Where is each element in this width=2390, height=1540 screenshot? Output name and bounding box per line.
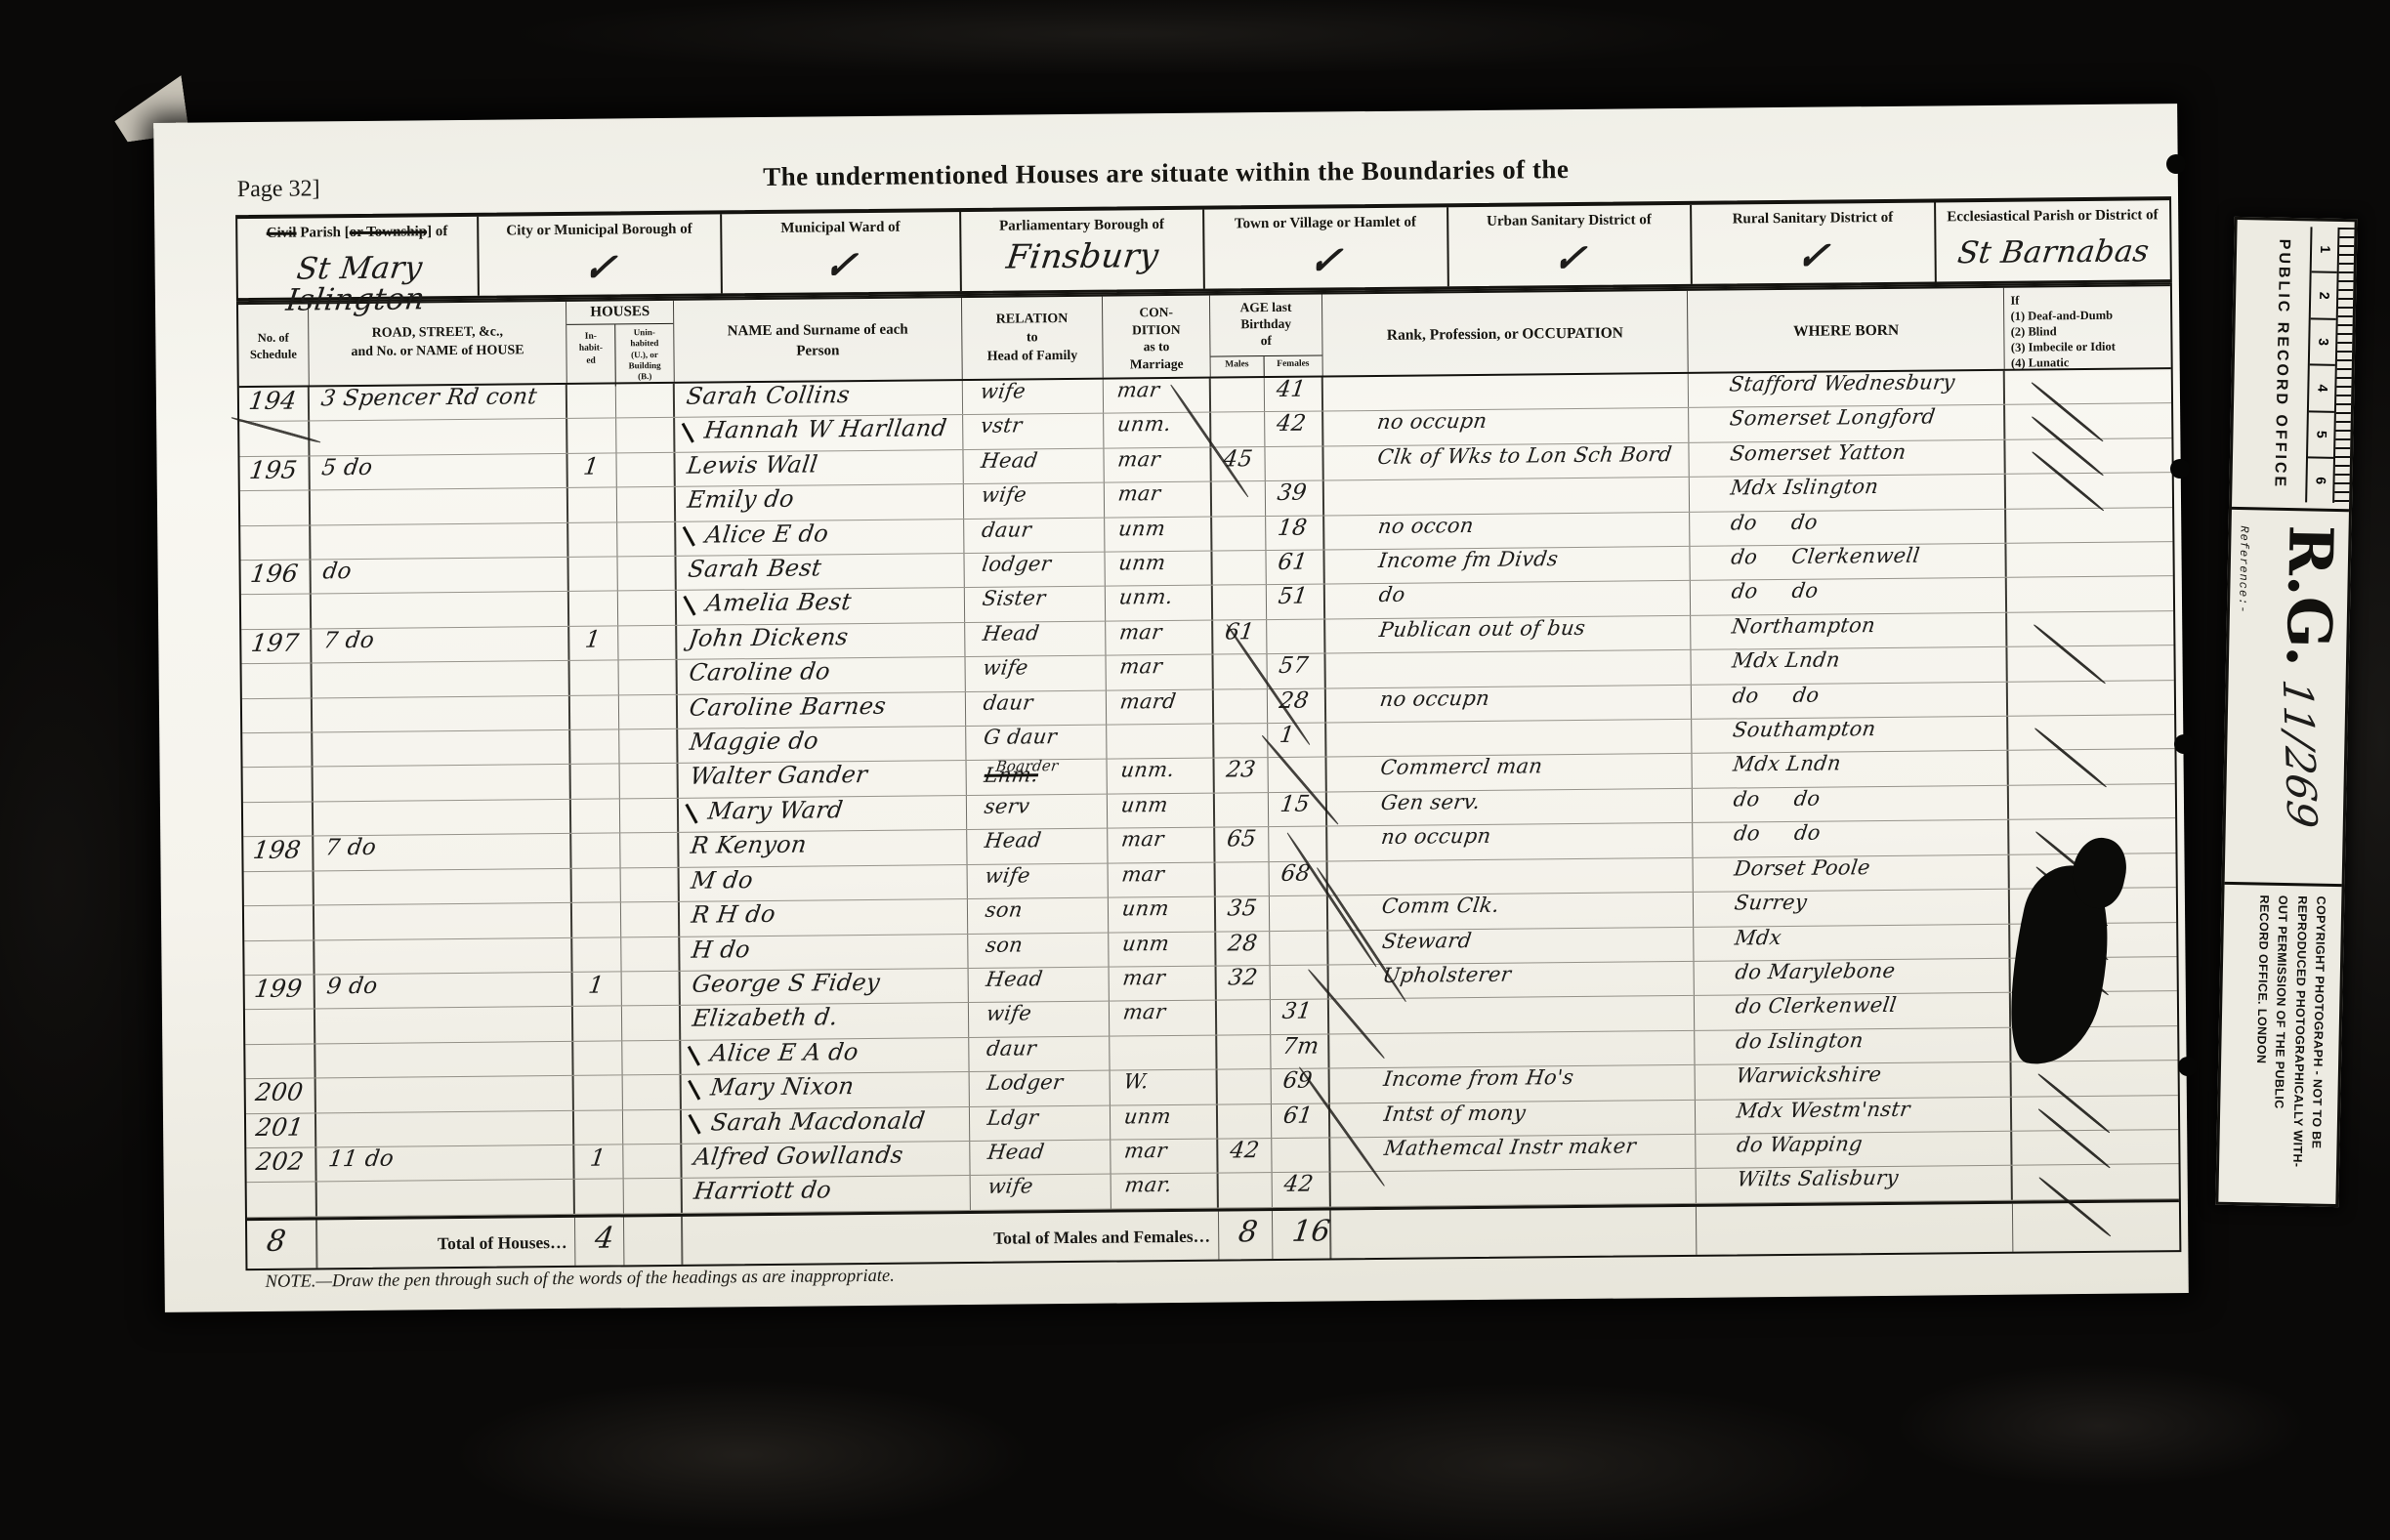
cell-uninhab <box>620 764 679 798</box>
cell-inhab <box>570 661 619 695</box>
cell-agem <box>1214 724 1268 758</box>
census-page: Page 32] The undermentioned Houses are s… <box>153 104 2189 1312</box>
cell-agem <box>1218 1104 1272 1139</box>
cell-occ: Commercl man <box>1326 754 1693 791</box>
page-title: The undermentioned Houses are situate wi… <box>154 148 2178 198</box>
cell-rel: G daur <box>966 726 1108 761</box>
cell-inhab <box>571 729 620 764</box>
cell-agem <box>1212 517 1266 551</box>
cell-sched: 202 <box>246 1147 316 1182</box>
cell-rel: serv <box>966 795 1108 830</box>
cell-inf <box>2009 750 2175 785</box>
cell-cond: mar <box>1110 966 1217 1000</box>
cell-name: Alfred Gowllands <box>682 1142 970 1178</box>
district-label: Civil Parish [or Township] of <box>237 217 477 243</box>
cell-inhab: 1 <box>568 453 617 487</box>
cell-cond: mar <box>1111 1139 1218 1173</box>
cell-agem <box>1216 862 1270 896</box>
cell-sched <box>244 906 314 940</box>
cell-cond: unm. <box>1106 586 1213 620</box>
pen-mark <box>682 423 694 443</box>
cell-cond: unm <box>1106 552 1213 586</box>
cell-cond: unm <box>1109 897 1216 932</box>
cell-sched <box>243 768 314 802</box>
cell-name: John Dickens <box>677 623 965 659</box>
cell-sched <box>243 802 314 836</box>
district-box: Ecclesiastical Parish or District ofSt B… <box>1936 200 2170 281</box>
col-header-age: AGE last Birthday of Males Females <box>1210 294 1323 376</box>
cell-cond: mar <box>1109 862 1216 896</box>
cell-name: Amelia Best <box>677 588 965 624</box>
col-header-males: Males <box>1211 356 1265 377</box>
cell-uninhab <box>623 1075 682 1109</box>
cell-occ: Gen serv. <box>1327 789 1694 826</box>
cell-agef: 18 <box>1266 516 1324 550</box>
cell-rel: wife <box>963 483 1105 519</box>
district-label: Parliamentary Borough of <box>961 210 1203 236</box>
cell-sched: 196 <box>241 560 312 594</box>
cell-cond: unm <box>1111 1104 1218 1139</box>
cell-inhab <box>571 799 620 833</box>
punch-hole <box>2166 154 2186 174</box>
pen-mark <box>688 1080 700 1101</box>
ruler-number: 5 <box>2308 412 2334 459</box>
cell-road <box>311 523 569 560</box>
cell-agef: 42 <box>1272 1173 1330 1207</box>
cell-occ: no occupn <box>1323 408 1690 445</box>
cell-occ <box>1324 478 1691 515</box>
cell-born: Stafford Wednesbury <box>1689 371 2006 408</box>
cell-occ: Publican out of bus <box>1325 616 1692 653</box>
cell-cond: mar <box>1105 482 1212 517</box>
cell-agem: 61 <box>1213 620 1267 654</box>
cell-uninhab <box>618 557 677 591</box>
cell-name: Hannah W Harlland <box>675 415 963 451</box>
cell-uninhab <box>618 591 677 625</box>
cell-agem: 65 <box>1215 827 1269 861</box>
cell-inf <box>2012 1096 2178 1131</box>
cell-sched <box>242 733 313 768</box>
cell-cond: mar. <box>1111 1174 1219 1208</box>
cell-agef: 31 <box>1271 1000 1329 1034</box>
total-males-females-label: Total of Males and Females… <box>683 1211 1219 1264</box>
total-schedule: 8 <box>247 1220 317 1269</box>
cell-inf <box>2007 611 2173 646</box>
cell-uninhab <box>624 1145 683 1179</box>
cell-name: Maggie do <box>678 727 966 763</box>
cell-inhab: 1 <box>575 1145 624 1179</box>
cell-sched <box>245 1044 315 1078</box>
cell-rel: lodger <box>964 553 1106 588</box>
cell-agef <box>1270 931 1328 965</box>
check-mark: ✓ <box>1690 231 1938 279</box>
cell-name: Emily do <box>676 484 964 520</box>
total-males-value: 8 <box>1219 1211 1273 1260</box>
cell-agef: 7m <box>1271 1034 1329 1068</box>
cell-uninhab <box>620 799 679 833</box>
col-header-females: Females <box>1264 356 1322 377</box>
cell-road: 9 do <box>314 973 573 1009</box>
ruler-number: 1 <box>2312 227 2338 273</box>
cell-road <box>314 800 572 836</box>
cell-cond: unm. <box>1108 759 1215 793</box>
cell-born: Dorset Poole <box>1693 854 2010 892</box>
cell-inhab <box>573 937 622 972</box>
ruler-numbers: 123456 <box>2305 227 2337 503</box>
cell-road: 11 do <box>316 1145 575 1182</box>
cell-name: Sarah Collins <box>675 381 963 417</box>
cell-born: do do <box>1692 682 2009 719</box>
cell-name: R H do <box>680 899 968 936</box>
cell-sched <box>242 664 313 698</box>
cell-uninhab <box>617 487 676 521</box>
cell-name: Walter Gander <box>679 761 967 797</box>
cell-inf <box>2006 438 2172 474</box>
cell-agef: 39 <box>1266 481 1324 516</box>
cell-uninhab <box>616 418 675 452</box>
census-table: No. of Schedule ROAD, STREET, &c., and N… <box>236 282 2181 1270</box>
pro-office-label: PUBLIC RECORD OFFICE <box>2270 221 2293 508</box>
cell-agef <box>1265 446 1323 480</box>
cell-inf <box>2008 715 2174 750</box>
cell-cond: unm <box>1108 793 1215 827</box>
photo-background: Page 32] The undermentioned Houses are s… <box>0 0 2390 1540</box>
cell-born: Warwickshire <box>1696 1062 2013 1100</box>
cell-agem <box>1217 1035 1271 1069</box>
cell-inf <box>2012 1061 2178 1096</box>
cell-inf <box>2013 1164 2179 1199</box>
cell-cond: mar <box>1108 828 1215 862</box>
total-houses-value: 4 <box>575 1217 624 1265</box>
cell-born: Mdx Lndn <box>1691 647 2008 685</box>
cell-sched <box>244 871 314 905</box>
cell-occ <box>1329 1031 1696 1068</box>
cell-rel: wife <box>965 656 1107 691</box>
punch-hole <box>2170 459 2190 479</box>
cell-agem <box>1214 689 1268 724</box>
district-value: St Barnabas <box>1934 235 2172 270</box>
cell-agef: 41 <box>1265 377 1323 411</box>
cell-name: Mary Nixon <box>682 1072 970 1108</box>
cell-rel: Sister <box>964 587 1106 622</box>
cell-name: Elizabeth d. <box>681 1003 969 1039</box>
cell-agem <box>1211 378 1265 412</box>
cell-road: 7 do <box>314 834 572 870</box>
cell-rel: daur <box>969 1036 1111 1071</box>
cell-uninhab <box>620 833 679 867</box>
cell-rel: daur <box>965 690 1107 726</box>
cell-agem <box>1213 585 1267 619</box>
cell-sched <box>239 422 310 456</box>
cell-road: 7 do <box>312 627 570 663</box>
cell-sched: 201 <box>246 1113 316 1147</box>
total-born-blank <box>1697 1203 2014 1254</box>
cell-name: Caroline Barnes <box>678 692 966 728</box>
pen-mark <box>683 526 695 547</box>
cell-rel: wife <box>967 863 1109 898</box>
cell-inhab <box>572 834 621 868</box>
cell-inf <box>2005 369 2171 404</box>
cell-occ <box>1327 858 1694 895</box>
col-header-condition: CON- DITION as to Marriage <box>1103 296 1211 378</box>
cell-sched <box>240 491 311 525</box>
cell-uninhab <box>619 729 678 764</box>
cell-born: do do <box>1690 509 2007 546</box>
cell-inhab <box>573 1007 622 1041</box>
pen-mark <box>686 804 698 824</box>
cell-road <box>310 419 568 455</box>
cell-inf <box>2008 681 2174 716</box>
cell-born: do Wapping <box>1696 1132 2013 1169</box>
cell-uninhab <box>618 626 677 660</box>
cell-rel: Head <box>970 1141 1111 1176</box>
cell-inhab <box>568 522 617 557</box>
cell-name: Sarah Macdonald <box>682 1107 970 1144</box>
cell-rel: daur <box>964 518 1106 553</box>
cell-born: Northampton <box>1691 613 2008 650</box>
cell-cond: unm <box>1105 517 1212 551</box>
copyright-notice: COPYRIGHT PHOTOGRAPH - NOT TO BE REPRODU… <box>2218 882 2341 1204</box>
series-label: R.G. <box>2273 524 2347 668</box>
pen-mark <box>684 596 696 616</box>
table-body: 1943 Spencer Rd contSarah Collinswifemar… <box>239 369 2179 1218</box>
cell-occ: Income from Ho's <box>1329 1065 1696 1103</box>
cell-born: do do <box>1693 820 2010 857</box>
cell-sched: 200 <box>246 1079 316 1113</box>
cell-inf <box>2006 473 2172 508</box>
cell-rel: Ldgr <box>969 1105 1111 1141</box>
cell-road <box>315 1007 574 1043</box>
col-header-inhabited: In- habit- ed <box>566 324 615 386</box>
punch-hole <box>2178 1057 2198 1076</box>
cell-inf <box>2008 645 2174 681</box>
district-label: City or Municipal Borough of <box>479 214 721 240</box>
cell-uninhab <box>619 660 678 694</box>
cell-sched: 195 <box>239 456 310 490</box>
cell-inf <box>2013 1130 2179 1165</box>
district-label: Municipal Ward of <box>722 212 959 238</box>
cell-sched <box>247 1183 317 1217</box>
cell-inhab: 1 <box>570 626 619 660</box>
cell-agef: 57 <box>1267 654 1325 688</box>
cell-road <box>314 869 572 905</box>
cell-road <box>316 1110 575 1146</box>
cell-agem <box>1219 1173 1273 1207</box>
ruler-number: 6 <box>2307 458 2333 503</box>
cell-inf <box>2005 404 2171 439</box>
total-occupation-blank <box>1331 1207 1698 1259</box>
cell-sched <box>241 595 312 629</box>
col-header-relation: RELATION to Head of Family <box>962 297 1104 379</box>
cell-agef <box>1269 827 1327 861</box>
cell-road <box>314 903 573 939</box>
check-mark: ✓ <box>1202 236 1450 284</box>
cell-occ: Comm Clk. <box>1328 893 1695 930</box>
cell-inhab <box>567 384 616 418</box>
cell-agef <box>1270 896 1328 931</box>
cell-inhab <box>572 868 621 902</box>
cell-inhab <box>569 557 618 591</box>
cell-uninhab <box>619 695 678 729</box>
cell-name: Lewis Wall <box>676 450 964 486</box>
district-box: Civil Parish [or Township] ofSt Mary Isl… <box>237 217 479 298</box>
cell-inhab <box>569 592 618 626</box>
col-header-houses: HOUSES In- habit- ed Unin- habited (U.),… <box>566 301 675 383</box>
cell-road <box>315 1042 574 1078</box>
cell-agem: 42 <box>1218 1139 1272 1173</box>
cell-uninhab <box>622 1006 681 1040</box>
cell-uninhab <box>617 453 676 487</box>
cell-rel: son <box>967 898 1109 934</box>
check-mark: ✓ <box>1446 234 1694 282</box>
cell-born: Mdx Westm'nstr <box>1696 1097 2013 1134</box>
cell-agem <box>1212 551 1266 585</box>
cell-agem: 28 <box>1216 932 1270 966</box>
cell-born: Surrey <box>1694 890 2011 927</box>
cell-sched <box>245 1010 315 1044</box>
cell-inhab <box>568 488 617 522</box>
district-box: Parliamentary Borough ofFinsbury <box>961 210 1205 291</box>
cell-inhab <box>570 695 619 729</box>
cell-rel: Head <box>968 968 1110 1003</box>
cell-inhab: 1 <box>573 972 622 1006</box>
ruler-number: 2 <box>2311 273 2337 320</box>
cell-uninhab <box>621 902 680 936</box>
col-header-infirmity: If (1) Deaf-and-Dumb (2) Blind (3) Imbec… <box>2004 286 2170 369</box>
col-header-occupation: Rank, Profession, or OCCUPATION <box>1322 291 1689 376</box>
col-header-name: NAME and Surname of each Person <box>674 298 962 382</box>
cell-name: Harriott do <box>683 1176 971 1212</box>
cell-uninhab <box>617 521 676 556</box>
cell-inhab <box>574 1041 623 1075</box>
cell-rel: Head <box>963 448 1105 483</box>
cell-born: Somerset Yatton <box>1689 440 2006 478</box>
cell-born: Somerset Longford <box>1689 405 2006 442</box>
cell-born: do Islington <box>1695 1027 2012 1064</box>
reference-section: R.G. 11/269 Reference:- <box>2225 507 2349 884</box>
cell-agem <box>1211 412 1265 446</box>
col-header-where-born: WHERE BORN <box>1688 288 2005 372</box>
cell-born: do do <box>1693 786 2010 823</box>
cell-occ: Steward <box>1328 927 1695 964</box>
piece-number: 11/269 <box>2274 677 2327 831</box>
cell-rel: Head <box>965 621 1107 656</box>
cell-cond: mar <box>1104 379 1211 413</box>
cell-inhab <box>571 765 620 799</box>
cell-cond: mar <box>1107 655 1214 689</box>
cell-road <box>312 592 570 628</box>
cell-road <box>314 937 573 974</box>
cell-name: Alice E do <box>676 520 964 556</box>
cell-sched <box>244 940 314 975</box>
cell-sched: 198 <box>243 837 314 871</box>
reference-label: Reference:- <box>2236 525 2251 613</box>
cell-road <box>312 661 570 697</box>
cell-occ: Clk of Wks to Lon Sch Bord <box>1323 443 1690 480</box>
district-value: Finsbury <box>959 239 1205 276</box>
cell-inf <box>2009 784 2175 819</box>
cell-uninhab <box>622 972 681 1006</box>
cell-uninhab <box>621 936 680 971</box>
cell-rel: wife <box>968 1002 1110 1037</box>
cell-occ <box>1323 374 1690 411</box>
cell-name: Caroline do <box>678 657 966 693</box>
cell-occ <box>1329 996 1696 1033</box>
pro-reference-strip: 123456 PUBLIC RECORD OFFICE R.G. 11/269 … <box>2215 217 2357 1207</box>
cell-rel: Lodger <box>969 1071 1111 1106</box>
cell-rel: wife <box>962 380 1104 415</box>
cell-sched <box>240 525 311 560</box>
total-uninhabited <box>624 1217 683 1266</box>
cell-inf <box>2007 542 2173 577</box>
cell-uninhab <box>621 868 680 902</box>
cell-agem: 23 <box>1215 759 1269 793</box>
pen-mark <box>688 1045 700 1065</box>
cell-cond: mar <box>1105 447 1212 481</box>
cell-name: George S Fidey <box>681 969 969 1005</box>
col-header-uninhabited: Unin- habited (U.), or Building (B.) <box>615 324 674 387</box>
district-box: Urban Sanitary District of✓ <box>1448 205 1693 286</box>
cell-agem <box>1218 1069 1272 1103</box>
district-box: City or Municipal Borough of✓ <box>479 214 723 295</box>
cell-rel: vstr <box>963 414 1105 449</box>
cell-agef <box>1267 619 1325 653</box>
cell-born: Mdx Islington <box>1690 475 2007 512</box>
cell-occ <box>1326 720 1693 757</box>
cell-name: Alice E A do <box>681 1038 969 1074</box>
cell-occ: no occon <box>1324 513 1691 550</box>
cell-inhab <box>572 903 621 937</box>
cell-name: Mary Ward <box>679 796 967 832</box>
pen-mark <box>689 1114 701 1135</box>
cell-born: do Clerkenwell <box>1695 993 2012 1030</box>
cell-cond <box>1107 725 1214 759</box>
cell-born: Mdx <box>1694 924 2011 961</box>
cell-road: do <box>311 558 569 594</box>
cell-road: 5 do <box>310 454 568 490</box>
cell-uninhab <box>624 1179 683 1213</box>
cell-occ: Mathemcal Instr maker <box>1330 1135 1697 1172</box>
cell-occ: Intst of mony <box>1330 1100 1697 1137</box>
cell-agef: 15 <box>1269 792 1327 826</box>
cell-uninhab <box>616 384 675 418</box>
cell-name: Sarah Best <box>677 554 965 590</box>
ruler-number: 4 <box>2309 366 2335 413</box>
ruler-section: 123456 PUBLIC RECORD OFFICE <box>2232 220 2355 509</box>
cell-cond: mar <box>1106 620 1213 654</box>
total-females-value: 16 <box>1273 1210 1331 1259</box>
punch-hole <box>2174 734 2194 754</box>
cell-born: do Marylebone <box>1695 959 2012 996</box>
cell-road <box>316 1180 575 1216</box>
cell-occ <box>1330 1169 1697 1206</box>
cell-uninhab <box>623 1109 682 1144</box>
district-label: Ecclesiastical Parish or District of <box>1936 200 2170 227</box>
cell-sched: 199 <box>245 975 315 1009</box>
check-mark: ✓ <box>720 241 963 289</box>
check-mark: ✓ <box>476 243 724 291</box>
pro-reference-card: 123456 PUBLIC RECORD OFFICE R.G. 11/269 … <box>2215 217 2357 1207</box>
cell-road <box>315 1076 574 1112</box>
cell-agem: 35 <box>1216 896 1270 931</box>
district-box: Municipal Ward of✓ <box>722 212 961 293</box>
cell-agem: 32 <box>1217 966 1271 1000</box>
cell-sched: 194 <box>239 387 310 421</box>
cell-cond: mard <box>1107 689 1214 724</box>
struck-relation: Lnm. <box>983 768 1039 785</box>
cell-born: Mdx Lndn <box>1692 751 2009 788</box>
cell-inhab <box>574 1076 623 1110</box>
